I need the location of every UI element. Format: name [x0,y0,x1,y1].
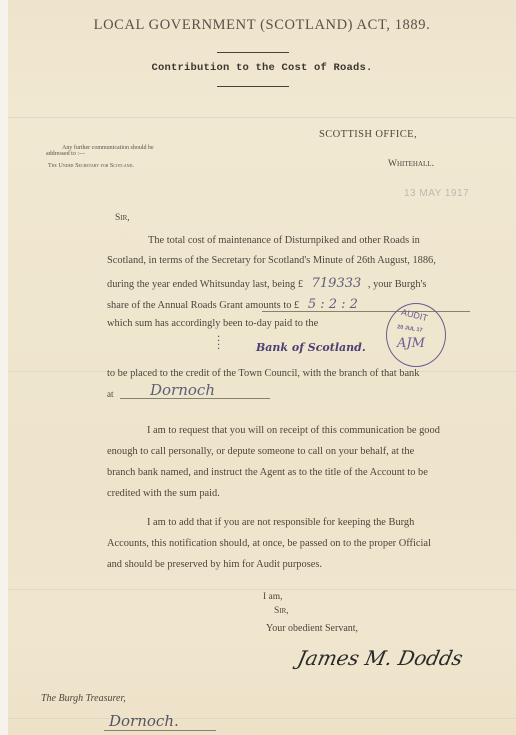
fold-crease [8,718,516,720]
closing-line2: Sir, [274,606,289,616]
p3-line1: I am to add that if you are not responsi… [147,517,414,528]
addressee-place-line [104,730,216,731]
subtitle-rule [217,86,289,87]
p2-line3: branch bank named, and instruct the Agen… [107,467,428,478]
p1-line7-at: at [107,389,114,399]
document-subtitle: Contribution to the Cost of Roads. [8,62,516,74]
title-rule [217,52,289,53]
letter-page: LOCAL GOVERNMENT (SCOTLAND) ACT, 1889. C… [8,0,516,735]
sender-location: Whitehall. [388,159,434,169]
address-note-line2: addressed to :— [46,151,85,157]
closing-line1: I am, [263,592,283,602]
addressee-place: Dornoch. [109,712,179,730]
audit-stamp-date: 20 JUL 17 [397,324,423,334]
closing-line3: Your obedient Servant, [266,623,358,634]
p1-line6: to be placed to the credit of the Town C… [107,368,419,379]
p1-line5: which sum has accordingly been to-day pa… [107,318,318,329]
signature: James M. Dodds [295,646,465,670]
p2-line4: credited with the sum paid. [107,488,220,499]
p2-line2: enough to call personally, or depute som… [107,446,414,457]
p1-line1: The total cost of maintenance of Disturn… [148,235,420,246]
act-title: LOCAL GOVERNMENT (SCOTLAND) ACT, 1889. [8,17,516,34]
p3-line3: and should be preserved by him for Audit… [107,559,322,570]
received-date-stamp: 13 MAY 1917 [404,188,469,199]
p3-line2: Accounts, this notification should, at o… [107,538,431,549]
share-amount-line [262,311,470,312]
audit-stamp-initials: AJM [397,336,425,351]
branch-line [120,398,270,399]
branch-name-value: Dornoch [150,381,215,399]
fold-crease [8,117,516,119]
share-amount-value: 5 : 2 : 2 [308,297,358,312]
p1-line2: Scotland, in terms of the Secretary for … [107,255,436,266]
salutation: Sir, [115,213,130,223]
sender-office: SCOTTISH OFFICE, [319,129,417,140]
audit-stamp-label: AUDIT [400,307,429,323]
dotted-marker: ···· [217,336,220,352]
p2-line1: I am to request that you will on receipt… [147,425,440,436]
total-cost-value: 719333 [312,276,362,291]
p1-line4: share of the Annual Roads Grant amounts … [107,297,358,312]
audit-stamp: AUDIT 20 JUL 17 AJM [386,303,446,367]
bank-name-stamp: Bank of Scotland. [256,341,366,354]
fold-crease [8,589,516,591]
address-note-recipient: The Under Secretary for Scotland. [48,163,134,169]
p1-line3: during the year ended Whitsunday last, b… [107,276,426,291]
addressee-title: The Burgh Treasurer, [41,693,126,704]
